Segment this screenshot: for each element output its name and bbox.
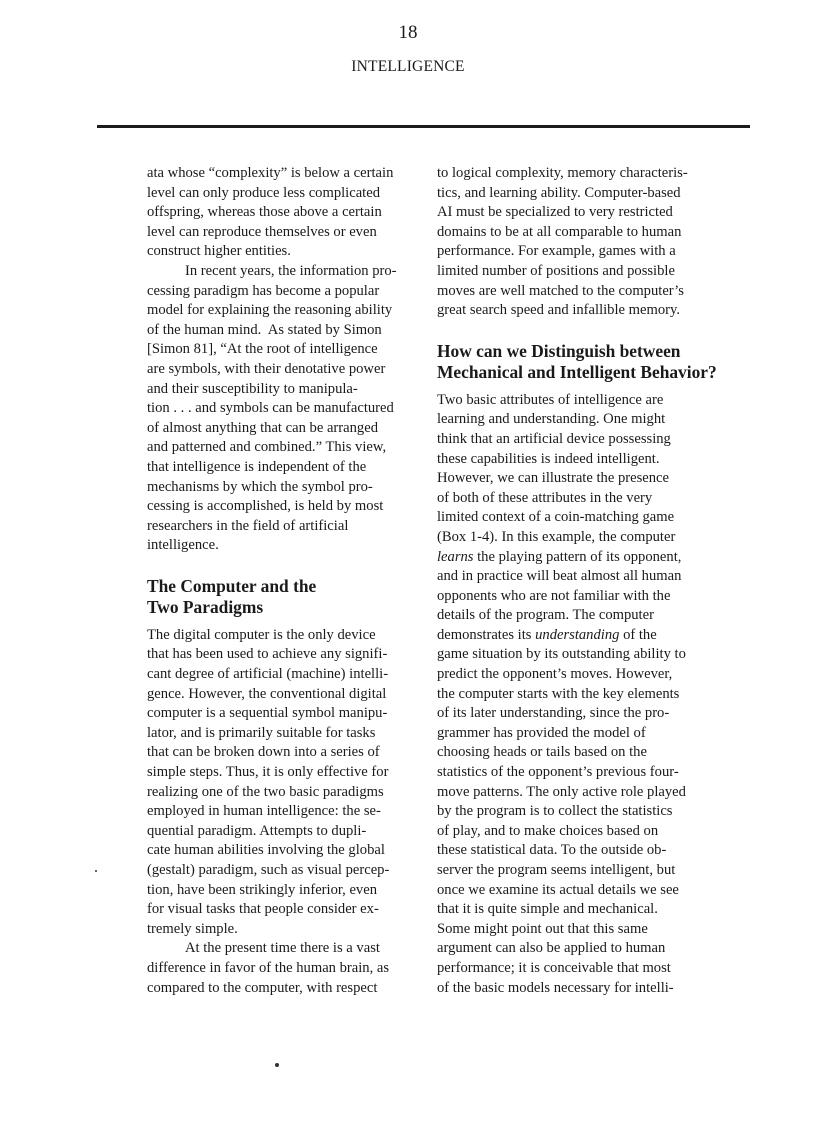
section-heading: The Computer and the Two Paradigms — [147, 576, 419, 618]
text-line: researchers in the field of artificial — [147, 517, 419, 537]
text-line: that can be broken down into a series of — [147, 743, 419, 763]
text-line: argument can also be applied to human — [437, 939, 727, 959]
text-line: Some might point out that this same — [437, 920, 727, 940]
text-line: these capabilities is indeed intelligent… — [437, 450, 727, 470]
heading-line: The Computer and the — [147, 576, 419, 597]
running-head: INTELLIGENCE — [0, 57, 816, 77]
text-line: difference in favor of the human brain, … — [147, 959, 419, 979]
text-line: Two basic attributes of intelligence are — [437, 391, 727, 411]
right-column: to logical complexity, memory characteri… — [437, 164, 727, 998]
emphasis: learns — [437, 549, 473, 565]
text-line: by the program is to collect the statist… — [437, 802, 727, 822]
text-line: limited number of positions and possible — [437, 262, 727, 282]
text-line: lator, and is primarily suitable for tas… — [147, 724, 419, 744]
paragraph: Two basic attributes of intelligence are… — [437, 391, 727, 998]
text-line: and in practice will beat almost all hum… — [437, 567, 727, 587]
text-line: predict the opponent’s moves. However, — [437, 665, 727, 685]
text-fragment: demonstrates its — [437, 627, 535, 643]
text-line: tion, have been strikingly inferior, eve… — [147, 881, 419, 901]
scan-speck — [275, 1063, 279, 1067]
text-line: cate human abilities involving the globa… — [147, 841, 419, 861]
text-line: of the basic models necessary for intell… — [437, 979, 727, 999]
text-fragment: the playing pattern of its opponent, — [473, 549, 681, 565]
heading-line: Two Paradigms — [147, 597, 419, 618]
text-line: construct higher entities. — [147, 242, 419, 262]
paragraph: ata whose “complexity” is below a certai… — [147, 164, 419, 262]
text-line: realizing one of the two basic paradigms — [147, 783, 419, 803]
text-line: of play, and to make choices based on — [437, 822, 727, 842]
text-line: computer is a sequential symbol manipu- — [147, 704, 419, 724]
text-line: great search speed and infallible memory… — [437, 301, 727, 321]
text-line: the computer starts with the key element… — [437, 685, 727, 705]
paragraph: The digital computer is the only device … — [147, 626, 419, 940]
text-line: mechanisms by which the symbol pro- — [147, 478, 419, 498]
left-column: ata whose “complexity” is below a certai… — [147, 164, 419, 998]
text-line: limited context of a coin-matching game — [437, 508, 727, 528]
text-line: level can reproduce themselves or even — [147, 223, 419, 243]
text-line: of its later understanding, since the pr… — [437, 704, 727, 724]
text-line: that intelligence is independent of the — [147, 458, 419, 478]
text-line: intelligence. — [147, 536, 419, 556]
text-line: and patterned and combined.” This view, — [147, 438, 419, 458]
scan-speck — [95, 870, 97, 872]
text-line: of almost anything that can be arranged — [147, 419, 419, 439]
text-line: think that an artificial device possessi… — [437, 430, 727, 450]
text-line: At the present time there is a vast — [147, 939, 419, 959]
text-line: moves are well matched to the computer’s — [437, 282, 727, 302]
text-line: to logical complexity, memory characteri… — [437, 164, 727, 184]
text-fragment: of the — [619, 627, 656, 643]
text-line: simple steps. Thus, it is only effective… — [147, 763, 419, 783]
text-line: (Box 1-4). In this example, the computer — [437, 528, 727, 548]
text-line: gence. However, the conventional digital — [147, 685, 419, 705]
section-heading: How can we Distinguish between Mechanica… — [437, 341, 727, 383]
text-line: game situation by its outstanding abilit… — [437, 645, 727, 665]
text-line: The digital computer is the only device — [147, 626, 419, 646]
text-line: offspring, whereas those above a certain — [147, 203, 419, 223]
text-line: that has been used to achieve any signif… — [147, 645, 419, 665]
header-rule — [97, 125, 750, 128]
text-line: details of the program. The computer — [437, 606, 727, 626]
text-line: server the program seems intelligent, bu… — [437, 861, 727, 881]
text-line: cessing paradigm has become a popular — [147, 282, 419, 302]
text-line: model for explaining the reasoning abili… — [147, 301, 419, 321]
text-line: level can only produce less complicated — [147, 184, 419, 204]
paragraph: to logical complexity, memory characteri… — [437, 164, 727, 321]
text-line: tion . . . and symbols can be manufactur… — [147, 399, 419, 419]
text-line: and their susceptibility to manipula- — [147, 380, 419, 400]
text-line: grammer has provided the model of — [437, 724, 727, 744]
text-line: demonstrates its understanding of the — [437, 626, 727, 646]
text-line: move patterns. The only active role play… — [437, 783, 727, 803]
text-line: quential paradigm. Attempts to dupli- — [147, 822, 419, 842]
emphasis: understanding — [535, 627, 619, 643]
text-line: performance. For example, games with a — [437, 242, 727, 262]
text-line: compared to the computer, with respect — [147, 979, 419, 999]
text-line: cessing is accomplished, is held by most — [147, 497, 419, 517]
text-line: cant degree of artificial (machine) inte… — [147, 665, 419, 685]
text-line: employed in human intelligence: the se- — [147, 802, 419, 822]
paragraph: In recent years, the information pro- ce… — [147, 262, 419, 556]
text-line: once we examine its actual details we se… — [437, 881, 727, 901]
text-line: statistics of the opponent’s previous fo… — [437, 763, 727, 783]
text-line: of both of these attributes in the very — [437, 489, 727, 509]
text-line: performance; it is conceivable that most — [437, 959, 727, 979]
text-line: learning and understanding. One might — [437, 410, 727, 430]
heading-line: How can we Distinguish between — [437, 341, 727, 362]
paragraph: At the present time there is a vast diff… — [147, 939, 419, 998]
page-number: 18 — [0, 22, 816, 44]
text-line: (gestalt) paradigm, such as visual perce… — [147, 861, 419, 881]
text-line: tics, and learning ability. Computer-bas… — [437, 184, 727, 204]
text-line: for visual tasks that people consider ex… — [147, 900, 419, 920]
text-line: AI must be specialized to very restricte… — [437, 203, 727, 223]
text-line: tremely simple. — [147, 920, 419, 940]
text-line: learns the playing pattern of its oppone… — [437, 548, 727, 568]
text-line: In recent years, the information pro- — [147, 262, 419, 282]
text-line: ata whose “complexity” is below a certai… — [147, 164, 419, 184]
text-line: domains to be at all comparable to human — [437, 223, 727, 243]
text-line: However, we can illustrate the presence — [437, 469, 727, 489]
text-line: of the human mind. As stated by Simon — [147, 321, 419, 341]
heading-line: Mechanical and Intelligent Behavior? — [437, 362, 727, 383]
text-line: [Simon 81], “At the root of intelligence — [147, 340, 419, 360]
text-line: opponents who are not familiar with the — [437, 587, 727, 607]
text-line: these statistical data. To the outside o… — [437, 841, 727, 861]
text-line: that it is quite simple and mechanical. — [437, 900, 727, 920]
text-line: are symbols, with their denotative power — [147, 360, 419, 380]
text-line: choosing heads or tails based on the — [437, 743, 727, 763]
